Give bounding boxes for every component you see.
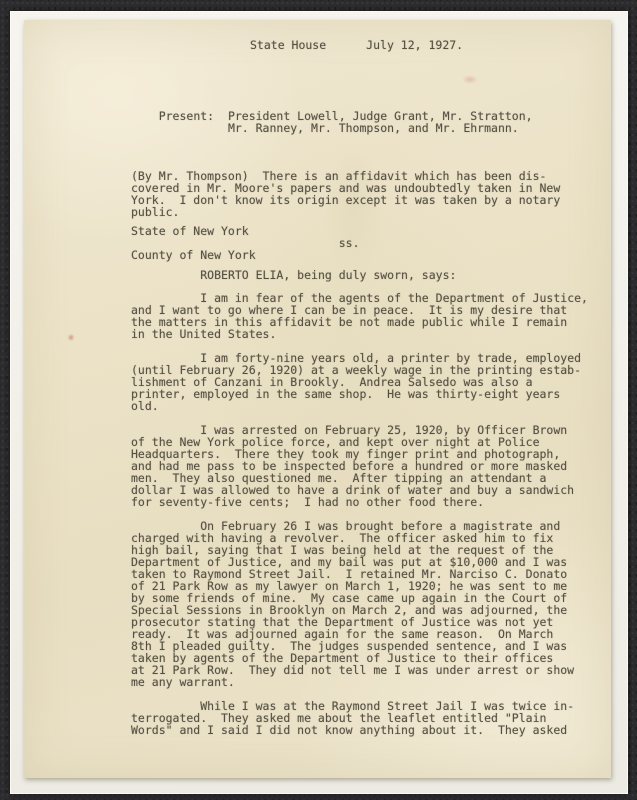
paragraph-occupation: I am forty-nine years old, a printer by … [131, 352, 603, 412]
document-page: State HouseJuly 12, 1927. Present: Presi… [24, 20, 611, 778]
present-attendees: Present: President Lowell, Judge Grant, … [131, 110, 603, 134]
header-location: State House [250, 38, 326, 52]
paragraph-fear: I am in fear of the agents of the Depart… [131, 292, 603, 340]
paragraph-court: On February 26 I was brought before a ma… [131, 520, 603, 688]
mat-border: State HouseJuly 12, 1927. Present: Presi… [10, 11, 628, 794]
venue-caption: State of New York ss. County of New York [131, 225, 603, 261]
document-content: State HouseJuly 12, 1927. Present: Presi… [24, 20, 611, 736]
header-date: July 12, 1927. [366, 38, 463, 52]
document-header: State HouseJuly 12, 1927. [131, 39, 603, 51]
photo-background: State HouseJuly 12, 1927. Present: Presi… [0, 0, 637, 800]
paragraph-arrest: I was arrested on February 25, 1920, by … [131, 424, 603, 508]
paragraph-thompson-intro: (By Mr. Thompson) There is an affidavit … [131, 170, 603, 218]
paragraph-interrogation: While I was at the Raymond Street Jail I… [131, 700, 603, 736]
oath-line: ROBERTO ELIA, being duly sworn, says: [131, 269, 603, 281]
